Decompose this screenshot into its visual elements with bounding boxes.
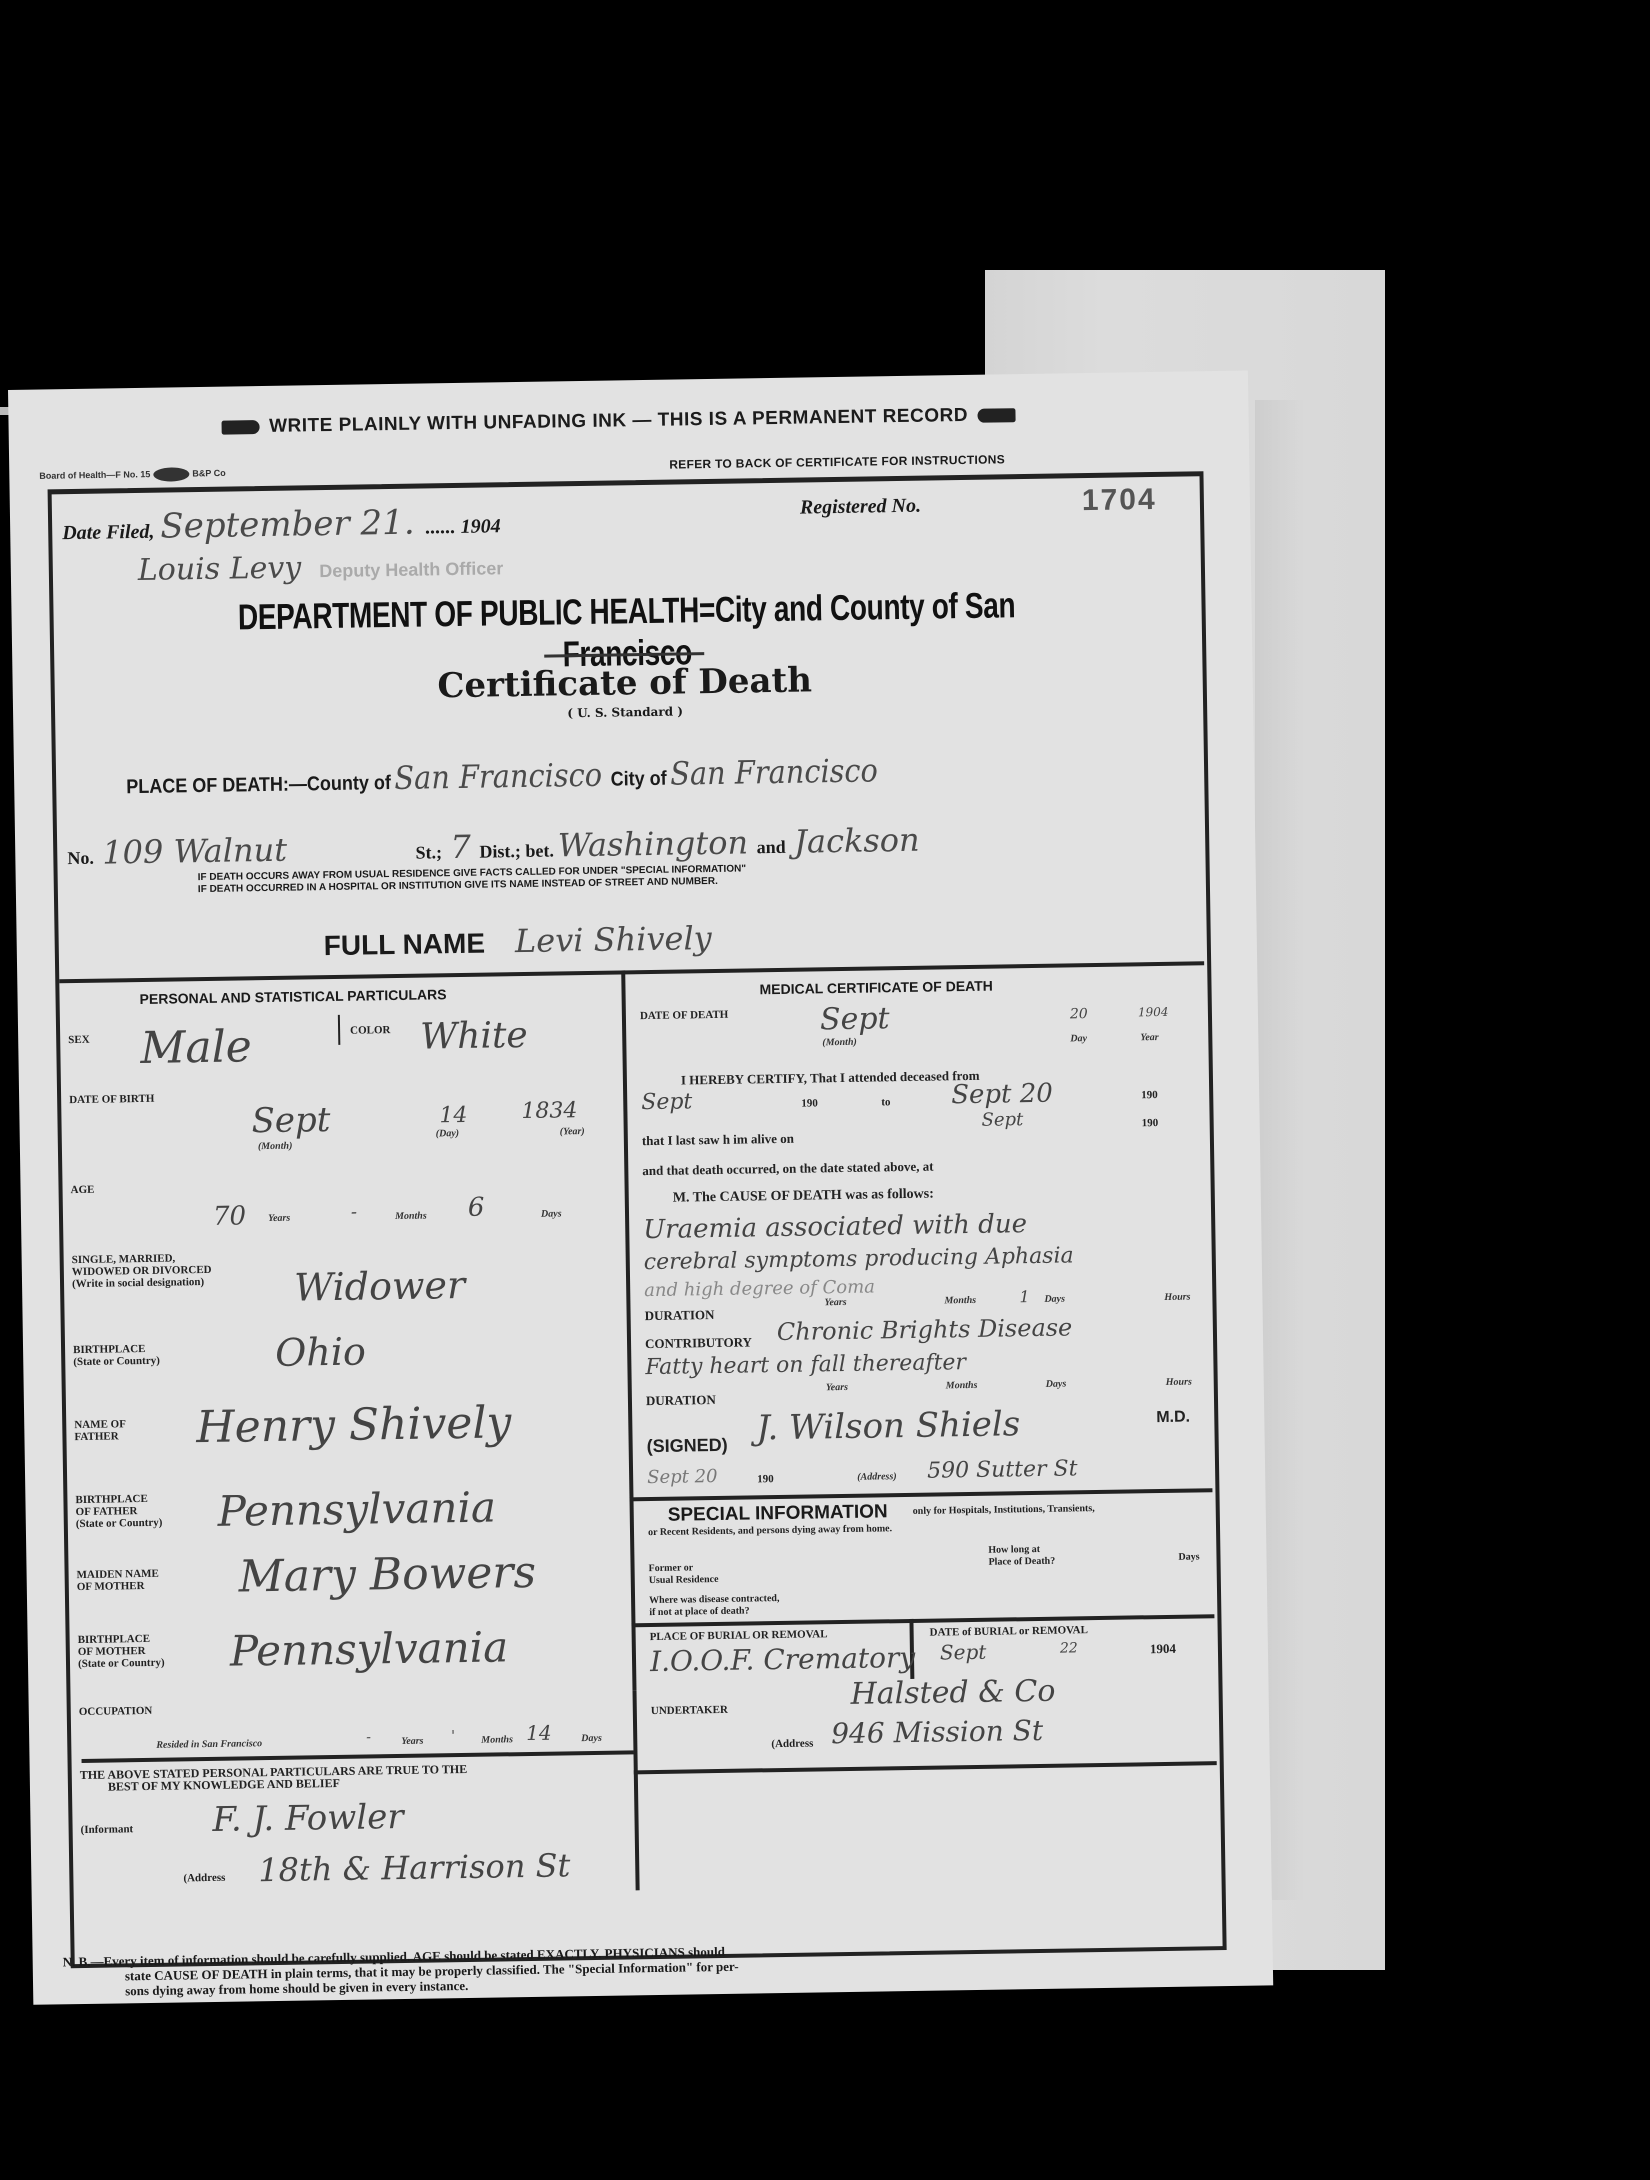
marital-label-note: (Write in social designation): [72, 1276, 212, 1290]
physician-signature: J. Wilson Shiels: [756, 1404, 1020, 1448]
city-label: City of: [611, 768, 667, 791]
street-value: 109 Walnut: [102, 831, 287, 872]
sign-year-label: 190: [757, 1473, 774, 1485]
day-caption: (Day): [436, 1128, 459, 1139]
undertaker-name: Halsted & Co: [850, 1674, 1055, 1712]
age-months: -: [351, 1202, 357, 1223]
special-note: or Recent Residents, and persons dying a…: [648, 1523, 892, 1539]
mother-name: Mary Bowers: [238, 1547, 536, 1603]
how-long-label: How long at: [988, 1544, 1055, 1557]
burial-place: I.O.O.F. Crematory: [650, 1641, 916, 1678]
month-caption: (Month): [258, 1141, 293, 1153]
date-filed-year: 1904: [460, 515, 500, 538]
dod-label: DATE OF DEATH: [640, 1009, 729, 1022]
year-caption: (Year): [560, 1126, 585, 1137]
months-caption: Months: [481, 1734, 513, 1745]
marital-value: Widower: [294, 1263, 466, 1310]
pointing-hand-icon: [978, 408, 1016, 423]
medical-heading: MEDICAL CERTIFICATE OF DEATH: [759, 978, 993, 998]
banner-text: WRITE PLAINLY WITH UNFADING INK — THIS I…: [269, 405, 968, 437]
days-caption: Days: [541, 1208, 562, 1219]
occupation-label: OCCUPATION: [79, 1705, 153, 1718]
signed-label: (SIGNED): [647, 1439, 728, 1452]
certify-text: I HEREBY CERTIFY, That I attended deceas…: [681, 1070, 980, 1087]
months-caption: Months: [944, 1295, 976, 1306]
street-label: St.;: [415, 842, 442, 862]
officer-title: Deputy Health Officer: [319, 558, 503, 581]
between-street-1: Washington: [558, 823, 749, 864]
resided-days: 14: [526, 1721, 552, 1745]
to-label: to: [881, 1096, 890, 1108]
dod-month: Sept: [820, 1001, 890, 1037]
last-saw-text: that I last saw h im alive on: [642, 1133, 794, 1147]
months-caption: Months: [946, 1380, 978, 1391]
date-filed-value: September 21.: [160, 503, 415, 547]
registered-label: Registered No.: [800, 495, 921, 520]
burial-place-label: PLACE OF BURIAL OR REMOVAL: [650, 1628, 828, 1643]
pointing-hand-icon: [221, 420, 259, 435]
dod-year: 1904: [1138, 1005, 1169, 1019]
form-number: Board of Health—F No. 15B&P Co: [39, 467, 226, 484]
father-name: Henry Shively: [196, 1397, 512, 1453]
day-caption: Day: [1070, 1033, 1087, 1044]
refer-note: REFER TO BACK OF CERTIFICATE FOR INSTRUC…: [669, 452, 1005, 471]
certificate-frame: Date Filed,September 21. ...... 1904 Reg…: [48, 471, 1227, 1968]
undertaker-address-label: (Address: [771, 1738, 813, 1751]
contributory-line: Chronic Brights Disease: [777, 1313, 1073, 1346]
special-note: only for Hospitals, Institutions, Transi…: [913, 1503, 1095, 1518]
physician-address-label: (Address): [857, 1471, 897, 1483]
officer-signature: Louis Levy: [138, 550, 302, 588]
years-caption: Years: [824, 1297, 846, 1308]
last-saw-year-label: 190: [1142, 1117, 1159, 1129]
dod-day: 20: [1070, 1006, 1088, 1022]
full-name-label: FULL NAME: [324, 928, 486, 962]
ward-value: 7: [450, 828, 471, 866]
personal-heading: PERSONAL AND STATISTICAL PARTICULARS: [139, 986, 446, 1007]
cause-line: Uraemia associated with due: [643, 1209, 1027, 1245]
attended-to: Sept 20: [951, 1079, 1053, 1111]
father-label: NAME OF: [74, 1418, 126, 1431]
dob-month: Sept: [251, 1100, 330, 1141]
section-rule: [629, 1488, 1212, 1501]
color-label: COLOR: [350, 1024, 391, 1037]
years-caption: Years: [268, 1213, 290, 1224]
contracted-label: if not at place of death?: [649, 1605, 780, 1619]
days-label: Days: [1178, 1551, 1199, 1563]
md-label: M.D.: [1156, 1412, 1190, 1425]
field-rule: [338, 1015, 340, 1045]
full-name: FULL NAMELevi Shively: [323, 919, 712, 963]
age-years: 70: [213, 1201, 247, 1232]
how-long-label: Place of Death?: [988, 1556, 1055, 1569]
mother-birthplace-note: (State or Country): [78, 1657, 165, 1670]
sign-date: Sept 20: [647, 1466, 718, 1488]
burial-month: Sept: [940, 1640, 987, 1665]
full-name-value: Levi Shively: [515, 919, 712, 960]
place-of-death-label: PLACE OF DEATH:—County of: [126, 772, 391, 798]
undertaker-address: 946 Mission St: [831, 1714, 1043, 1750]
father-birthplace-note: (State or Country): [76, 1517, 163, 1530]
mother-label: OF MOTHER: [77, 1580, 159, 1593]
death-occurred-text: and that death occurred, on the date sta…: [642, 1161, 933, 1178]
undertaker-label: UNDERTAKER: [651, 1704, 728, 1717]
duration-label: DURATION: [645, 1309, 715, 1322]
dob-day: 14: [439, 1103, 467, 1128]
year-caption: Year: [1140, 1032, 1159, 1043]
to-year-label: 190: [1141, 1089, 1158, 1101]
hours-caption: Hours: [1164, 1292, 1190, 1303]
cause-line: cerebral symptoms producing Aphasia: [644, 1243, 1074, 1275]
contributory-label: CONTRIBUTORY: [645, 1336, 752, 1350]
burial-day: 22: [1060, 1640, 1078, 1656]
father-label: FATHER: [74, 1430, 126, 1443]
sex-value: Male: [140, 1021, 252, 1074]
former-residence-label: Usual Residence: [649, 1574, 719, 1587]
printer-text: B&P Co: [192, 468, 225, 479]
banner: WRITE PLAINLY WITH UNFADING INK — THIS I…: [88, 402, 1148, 441]
burial-year: 1904: [1150, 1643, 1176, 1655]
date-filed: Date Filed,September 21. ...... 1904: [62, 501, 501, 548]
former-residence-label: Former or: [649, 1562, 719, 1575]
father-birthplace: Pennsylvania: [217, 1482, 496, 1535]
death-address: No. 109 Walnut St.; 7 Dist.; bet.Washing…: [67, 821, 924, 872]
days-caption: Days: [1044, 1294, 1065, 1305]
death-certificate: WRITE PLAINLY WITH UNFADING INK — THIS I…: [8, 371, 1273, 2005]
informant-name: F. J. Fowler: [212, 1797, 404, 1840]
registered-number: 1704: [1082, 483, 1157, 518]
years-caption: Years: [826, 1382, 848, 1393]
duration-label: DURATION: [646, 1394, 716, 1407]
city-value: San Francisco: [670, 751, 878, 792]
birthplace-label-note: (State or Country): [73, 1355, 160, 1368]
resided-label: Resided in San Francisco: [156, 1738, 262, 1751]
contributory-line: Fatty heart on fall thereafter: [645, 1350, 966, 1380]
form-number-text: Board of Health—F No. 15: [39, 469, 150, 481]
duration-days: 1: [1019, 1287, 1029, 1306]
between-street-2: Jackson: [794, 821, 920, 861]
county-value: San Francisco: [394, 756, 602, 797]
dob-label: DATE OF BIRTH: [69, 1093, 154, 1106]
resided-years: -: [366, 1729, 371, 1745]
section-rule: [59, 961, 1204, 983]
informant-address-label: (Address: [183, 1872, 225, 1885]
from-year-label: 190: [801, 1097, 818, 1109]
no-label: No.: [67, 848, 94, 868]
birthplace-value: Ohio: [275, 1330, 366, 1375]
resided-months: ': [451, 1728, 455, 1744]
health-officer: Louis LevyDeputy Health Officer: [138, 547, 504, 588]
cause-heading: M. The CAUSE OF DEATH was as follows:: [673, 1189, 934, 1205]
last-saw-date: Sept: [981, 1109, 1023, 1131]
union-seal-icon: [153, 467, 189, 482]
place-of-death: PLACE OF DEATH:—County ofSan Francisco C…: [126, 751, 882, 801]
age-days: 6: [468, 1193, 485, 1223]
contracted-label: Where was disease contracted,: [649, 1593, 780, 1607]
informant-address: 18th & Harrison St: [258, 1846, 571, 1889]
mother-label: MAIDEN NAME: [77, 1568, 159, 1581]
column-rule: [633, 1690, 640, 1890]
months-caption: Months: [395, 1211, 427, 1222]
physician-address: 590 Sutter St: [927, 1456, 1078, 1483]
column-rule: [621, 970, 636, 1690]
informant-label: (Informant: [81, 1823, 134, 1836]
sex-label: SEX: [68, 1034, 90, 1046]
and-label: and: [757, 837, 786, 857]
days-caption: Days: [1046, 1379, 1067, 1390]
dob-year: 1834: [521, 1098, 577, 1124]
section-rule: [634, 1761, 1217, 1774]
years-caption: Years: [401, 1736, 423, 1747]
date-filed-label: Date Filed,: [62, 521, 155, 544]
month-caption: (Month): [822, 1037, 857, 1049]
attended-from: Sept: [641, 1089, 692, 1115]
district-label: Dist.; bet.: [479, 840, 554, 861]
section-rule: [82, 1750, 634, 1763]
age-label: AGE: [70, 1184, 94, 1196]
burial-date-label: DATE of BURIAL or REMOVAL: [930, 1624, 1088, 1638]
color-value: White: [420, 1015, 528, 1058]
hours-caption: Hours: [1166, 1377, 1192, 1388]
days-caption: Days: [581, 1733, 602, 1744]
mother-birthplace: Pennsylvania: [229, 1622, 508, 1675]
